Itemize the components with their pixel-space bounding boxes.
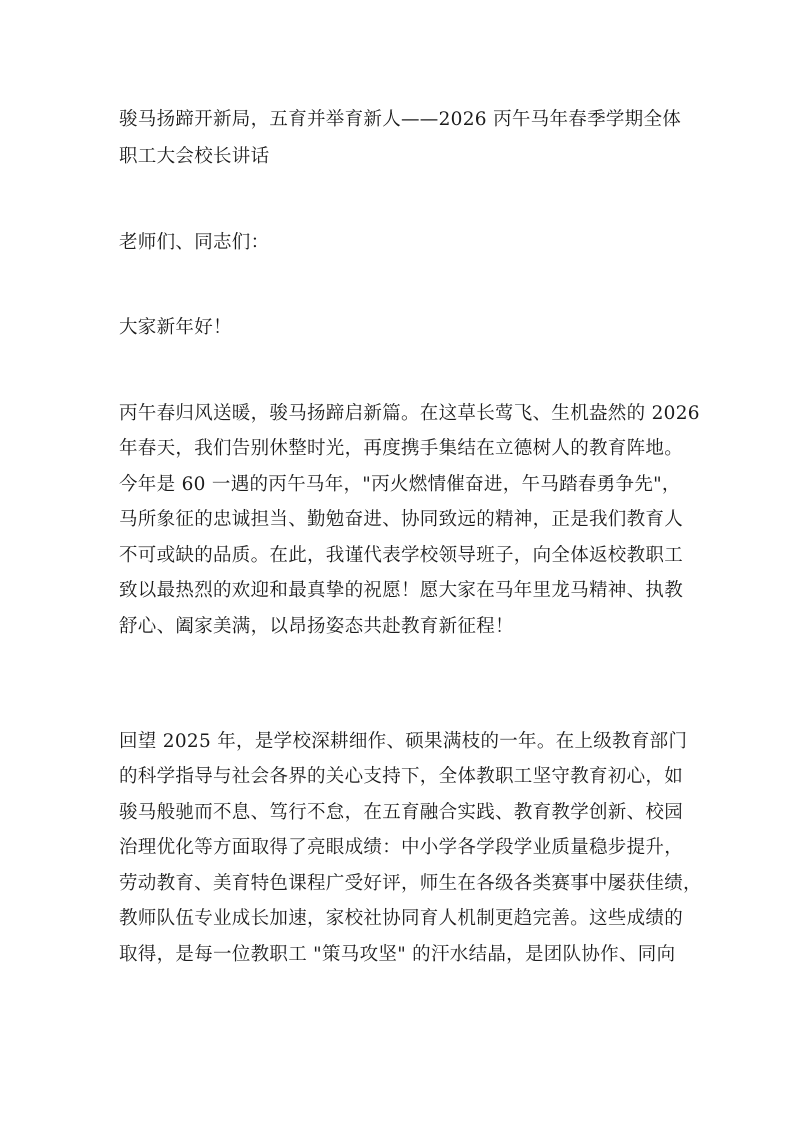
paragraph-line: 教师队伍专业成长加速，家校社协同育人机制更趋完善。这些成绩的 [119, 906, 683, 932]
paragraph-line: 马所象征的忠诚担当、勤勉奋进、协同致远的精神，正是我们教育人 [119, 507, 683, 533]
document-title-line-2: 职工大会校长讲话 [119, 144, 269, 170]
paragraph-line: 年春天，我们告别休整时光，再度携手集结在立德树人的教育阵地。 [119, 436, 683, 462]
paragraph-line: 取得，是每一位教职工 "策马攻坚" 的汗水结晶，是团队协作、同向 [119, 942, 675, 968]
paragraph-line: 回望 2025 年，是学校深耕细作、硕果满枝的一年。在上级教育部门 [119, 729, 687, 755]
paragraph-line: 不可或缺的品质。在此，我谨代表学校领导班子，向全体返校教职工 [119, 543, 683, 569]
paragraph-line: 丙午春归风送暖，骏马扬蹄启新篇。在这草长莺飞、生机盎然的 2026 [119, 401, 700, 427]
paragraph-line: 骏马般驰而不息、笃行不怠，在五育融合实践、教育教学创新、校园 [119, 800, 683, 826]
document-title-line-1: 骏马扬蹄开新局，五育并举育新人——2026 丙午马年春季学期全体 [119, 107, 681, 133]
paragraph-line: 致以最热烈的欢迎和最真挚的祝愿！愿大家在马年里龙马精神、执教 [119, 578, 683, 604]
paragraph-line: 舒心、阖家美满，以昂扬姿态共赴教育新征程！ [119, 614, 514, 640]
document-page: 骏马扬蹄开新局，五育并举育新人——2026 丙午马年春季学期全体 职工大会校长讲… [0, 0, 793, 1122]
greeting: 大家新年好！ [119, 315, 232, 341]
salutation: 老师们、同志们： [119, 230, 269, 256]
paragraph-line: 治理优化等方面取得了亮眼成绩：中小学各学段学业质量稳步提升， [119, 835, 683, 861]
paragraph-line: 今年是 60 一遇的丙午马年，"丙火燃情催奋进，午马踏春勇争先"， [119, 472, 681, 498]
paragraph-line: 劳动教育、美育特色课程广受好评，师生在各级各类赛事中屡获佳绩， [119, 871, 702, 897]
paragraph-line: 的科学指导与社会各界的关心支持下，全体教职工坚守教育初心，如 [119, 764, 683, 790]
